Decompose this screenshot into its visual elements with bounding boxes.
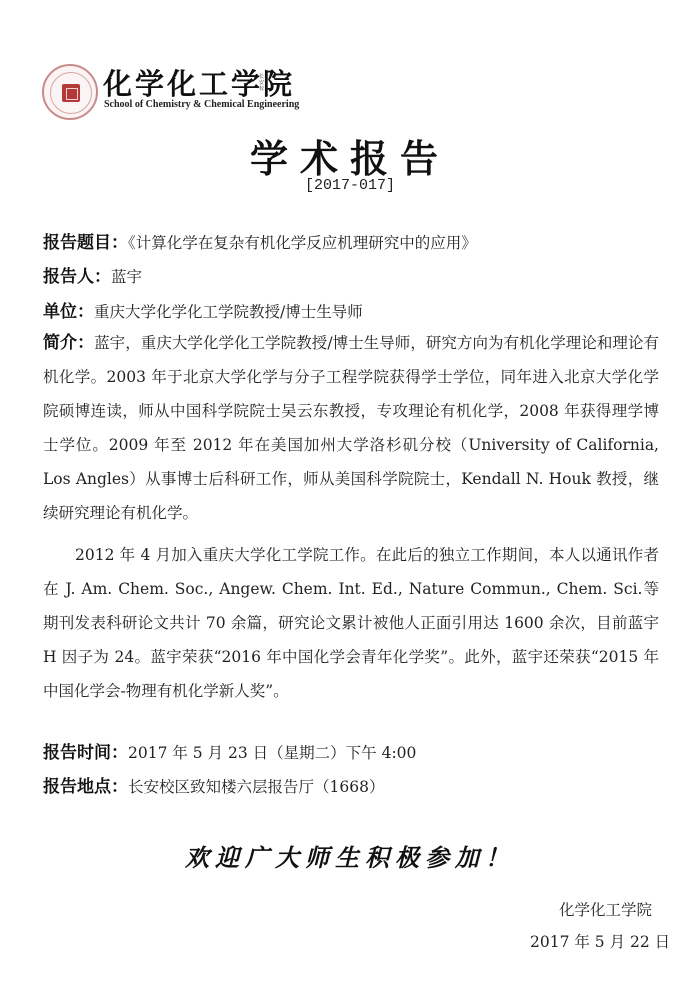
field-topic-label: 报告题目：	[43, 233, 128, 253]
logo-school-name-en: School of Chemistry & Chemical Engineeri…	[104, 99, 299, 110]
bio-text-2: 2012 年 4 月加入重庆大学化工学院工作。在此后的独立工作期间，本人以通讯作…	[43, 546, 659, 700]
report-number: [2017-017]	[0, 177, 700, 194]
page-title: 学术报告	[0, 128, 700, 183]
logo-school-name-cn: 化学化工学院	[103, 62, 295, 103]
field-topic-value: 《计算化学在复杂有机化学反应机理研究中的应用》	[128, 234, 477, 252]
field-time-label: 报告时间：	[43, 743, 128, 763]
field-affiliation-value: 重庆大学化学化工学院教授/博士生导师	[94, 303, 363, 321]
bio-label: 简介：	[43, 333, 94, 353]
welcome-message: 欢迎广大师生积极参加！	[0, 838, 700, 873]
school-seal-logo	[42, 64, 98, 120]
field-affiliation: 单位：重庆大学化学化工学院教授/博士生导师	[43, 297, 363, 322]
field-affiliation-label: 单位：	[43, 302, 94, 322]
field-location-label: 报告地点：	[43, 777, 128, 797]
field-location: 报告地点：长安校区致知楼六层报告厅（1668）	[43, 772, 384, 797]
signature-organization: 化学化工学院	[559, 898, 652, 920]
logo-vertical-text: 长安校	[259, 74, 265, 92]
field-speaker-value: 蓝宇	[111, 268, 142, 286]
bio-paragraph-2: 2012 年 4 月加入重庆大学化工学院工作。在此后的独立工作期间，本人以通讯作…	[43, 538, 659, 708]
seal-stamp-icon	[62, 84, 80, 102]
field-topic: 报告题目：《计算化学在复杂有机化学反应机理研究中的应用》	[43, 228, 477, 253]
signature-date: 2017 年 5 月 22 日	[530, 930, 670, 952]
field-speaker: 报告人：蓝宇	[43, 262, 142, 287]
field-location-value: 长安校区致知楼六层报告厅（1668）	[128, 778, 384, 796]
bio-text-1: 蓝宇，重庆大学化学化工学院教授/博士生导师，研究方向为有机化学理论和理论有机化学…	[43, 334, 659, 522]
bio-paragraph-1: 简介：蓝宇，重庆大学化学化工学院教授/博士生导师，研究方向为有机化学理论和理论有…	[43, 326, 659, 530]
field-speaker-label: 报告人：	[43, 267, 111, 287]
field-time: 报告时间：2017 年 5 月 23 日（星期二）下午 4:00	[43, 738, 416, 763]
field-time-value: 2017 年 5 月 23 日（星期二）下午 4:00	[128, 744, 416, 762]
